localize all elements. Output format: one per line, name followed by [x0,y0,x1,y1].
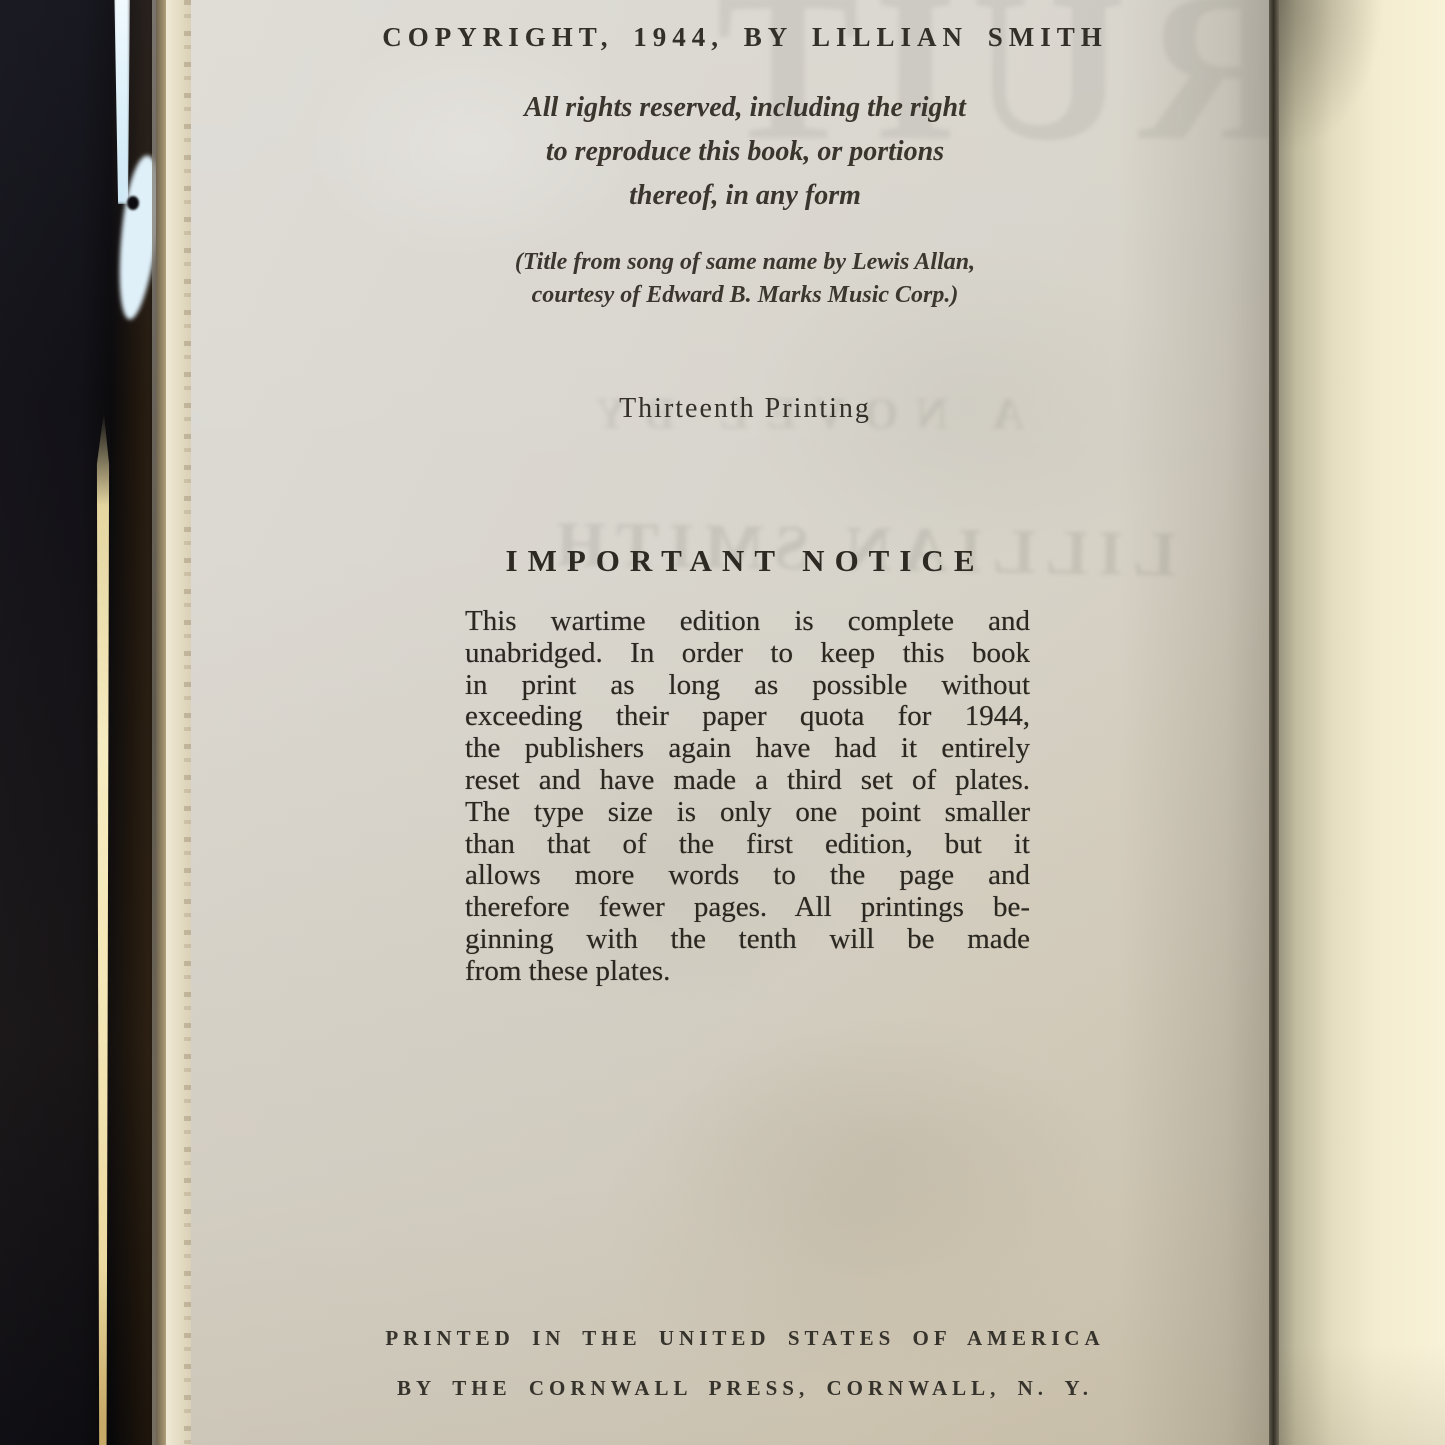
notice-line: allows more words to the page and [465,860,1030,892]
page-torn-deckle-edge [166,0,193,1445]
notice-paragraph: This wartime edition is complete and una… [465,606,1030,988]
jacket-glare-dark-spot [127,196,139,210]
copyright-line: COPYRIGHT, 1944, BY LILLIAN SMITH [190,22,1300,53]
printing-statement: Thirteenth Printing [190,393,1300,425]
rights-line: thereof, in any form [190,174,1300,218]
notice-line: in print as long as possible without [465,670,1030,702]
notice-line: therefore fewer pages. All printings be- [465,892,1030,924]
notice-line: exceeding their paper quota for 1944, [465,701,1030,733]
notice-line: ginning with the tenth will be made [465,924,1030,956]
notice-line: This wartime edition is complete and [465,606,1030,638]
notice-line: The type size is only one point smaller [465,797,1030,829]
rights-line: to reproduce this book, or portions [190,130,1300,174]
notice-line: the publishers again have had it entirel… [465,733,1030,765]
jacket-flap [1279,0,1445,1445]
notice-line: from these plates. [465,956,1030,988]
song-credit-line: (Title from song of same name by Lewis A… [190,246,1300,279]
colophon-line: BY THE CORNWALL PRESS, CORNWALL, N. Y. [190,1376,1300,1401]
book-copyright-page-photo: FRUIT A NOVEL BY LILLIAN SMITH COPYRIGHT… [0,0,1445,1445]
printer-colophon: PRINTED IN THE UNITED STATES OF AMERICA … [190,1326,1300,1426]
notice-line: than that of the first edition, but it [465,829,1030,861]
colophon-line: PRINTED IN THE UNITED STATES OF AMERICA [190,1326,1300,1351]
rights-line: All rights reserved, including the right [190,86,1300,130]
rights-statement: All rights reserved, including the right… [190,86,1300,218]
song-credit-line: courtesy of Edward B. Marks Music Corp.) [190,279,1300,312]
page-cut-edge-shadow [1269,0,1279,1445]
page-text-layer: COPYRIGHT, 1944, BY LILLIAN SMITH All ri… [190,0,1300,1445]
notice-line: reset and have made a third set of plate… [465,765,1030,797]
notice-heading: IMPORTANT NOTICE [190,543,1300,579]
notice-line: unabridged. In order to keep this book [465,638,1030,670]
song-title-credit: (Title from song of same name by Lewis A… [190,246,1300,312]
